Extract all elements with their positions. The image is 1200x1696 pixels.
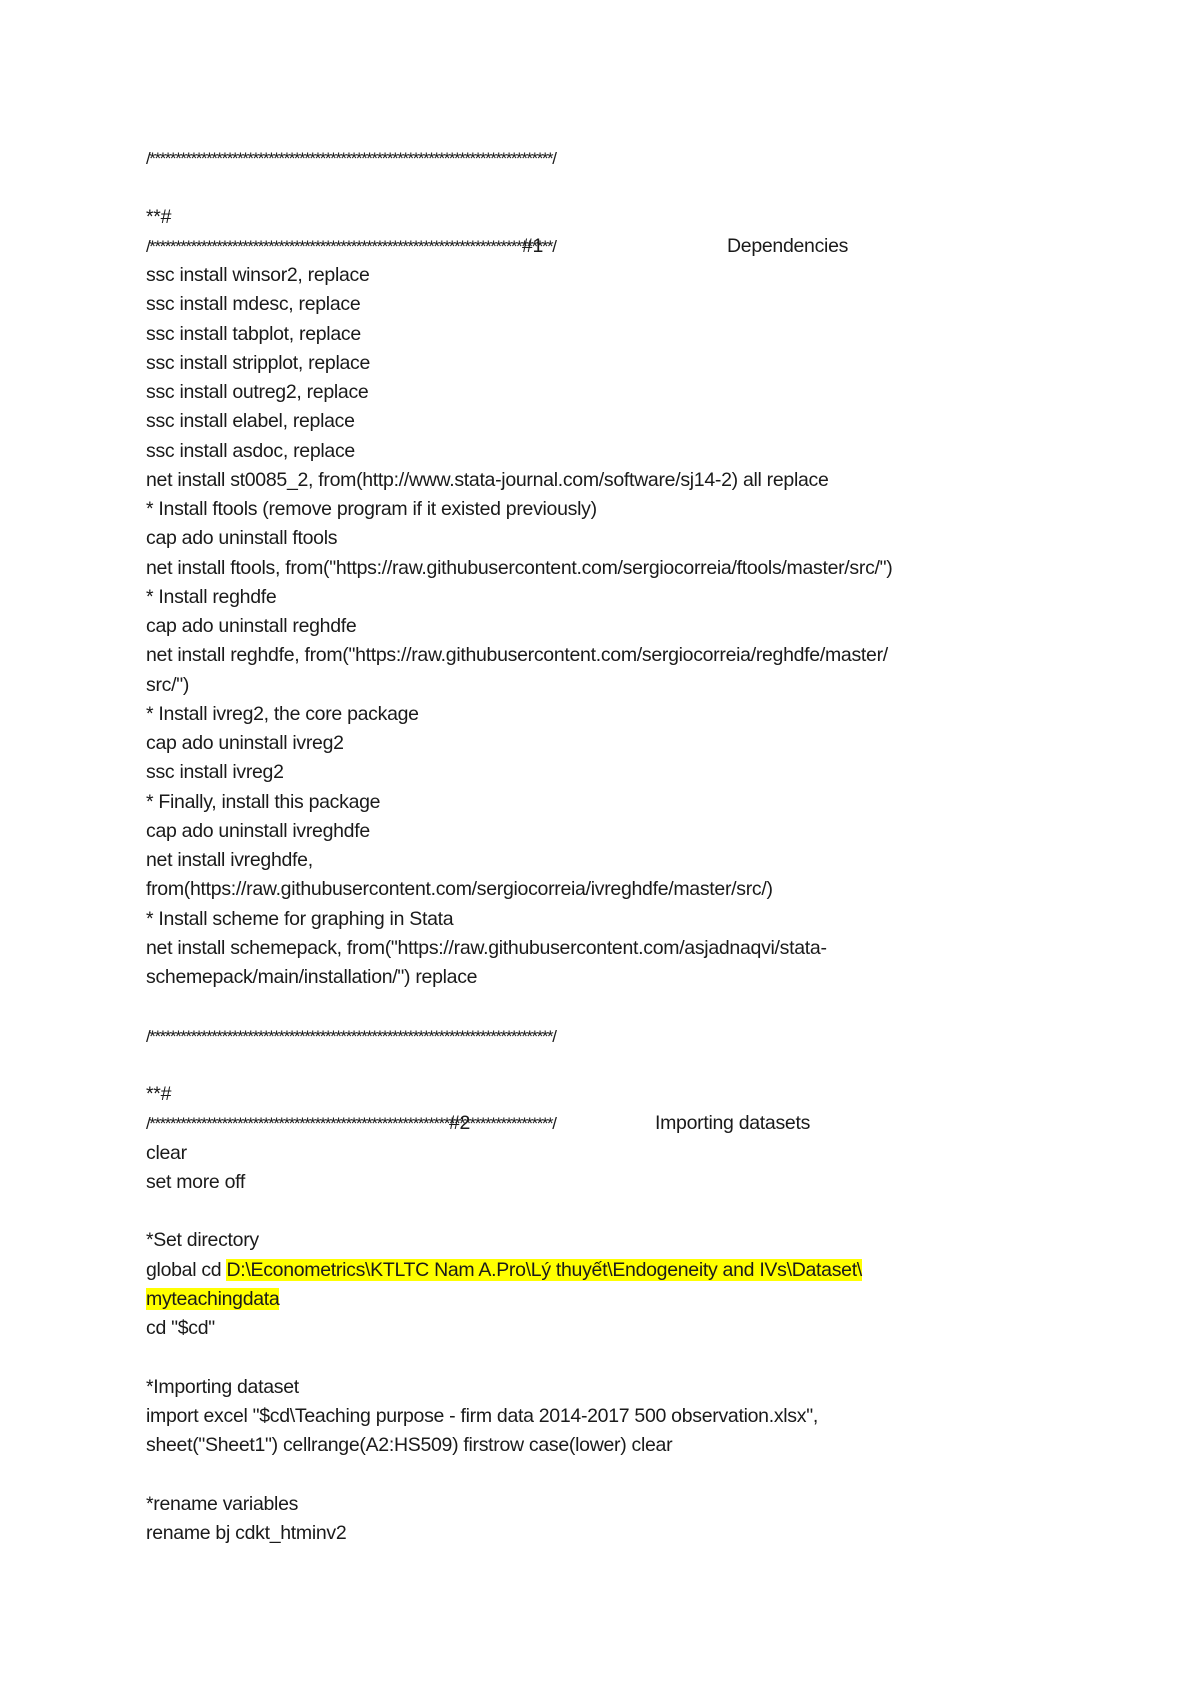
star-rule: /***************************************… xyxy=(146,1022,1046,1051)
code-line: * Install scheme for graphing in Stata xyxy=(146,905,1046,934)
code-line: net install schemepack, from("https://ra… xyxy=(146,934,1046,963)
code-line: net install ivreghdfe, xyxy=(146,846,1046,875)
code-line: net install ftools, from("https://raw.gi… xyxy=(146,554,1046,583)
code-line: ssc install winsor2, replace xyxy=(146,261,1046,290)
section-number-line: #2 xyxy=(146,1080,1046,1109)
section-2-code-before: clearset more off*Set directory xyxy=(146,1139,1046,1256)
star-rule: /***************************************… xyxy=(146,1109,1046,1138)
code-line: cap ado uninstall ftools xyxy=(146,524,1046,553)
code-line: import excel "$cd\Teaching purpose - fir… xyxy=(146,1402,1046,1431)
star-rule: /***************************************… xyxy=(146,232,1046,261)
code-line: rename bj cdkt_htminv2 xyxy=(146,1519,1046,1548)
code-line xyxy=(146,1460,1046,1489)
code-line: net install reghdfe, from("https://raw.g… xyxy=(146,641,1046,670)
code-line: ssc install ivreg2 xyxy=(146,758,1046,787)
code-line: * Install ivreg2, the core package xyxy=(146,700,1046,729)
code-line: cap ado uninstall ivreghdfe xyxy=(146,817,1046,846)
code-line: ssc install outreg2, replace xyxy=(146,378,1046,407)
code-line: * Finally, install this package xyxy=(146,788,1046,817)
code-line: schemepack/main/installation/") replace xyxy=(146,963,1046,992)
global-cd-line: global cd D:\Econometrics\KTLTC Nam A.Pr… xyxy=(146,1256,1046,1285)
document-page: /***************************************… xyxy=(0,0,1200,1696)
code-line: sheet("Sheet1") cellrange(A2:HS509) firs… xyxy=(146,1431,1046,1460)
code-line: * Install reghdfe xyxy=(146,583,1046,612)
code-line: * Install ftools (remove program if it e… xyxy=(146,495,1046,524)
code-line xyxy=(146,992,1046,1021)
code-line: cd "$cd" xyxy=(146,1314,1046,1343)
highlighted-path: myteachingdata xyxy=(146,1288,279,1310)
code-line: ssc install stripplot, replace xyxy=(146,349,1046,378)
code-line: *rename variables xyxy=(146,1490,1046,1519)
code-line: cap ado uninstall reghdfe xyxy=(146,612,1046,641)
code-line xyxy=(146,1197,1046,1226)
section-header-1: **# Dependencies xyxy=(146,173,1046,202)
star-rule: /***************************************… xyxy=(146,144,1046,173)
code-line: *Importing dataset xyxy=(146,1373,1046,1402)
code-line: ssc install tabplot, replace xyxy=(146,320,1046,349)
code-line: net install st0085_2, from(http://www.st… xyxy=(146,466,1046,495)
section-1-code: ssc install winsor2, replacessc install … xyxy=(146,261,1046,1022)
code-line: ssc install asdoc, replace xyxy=(146,437,1046,466)
code-line xyxy=(146,1343,1046,1372)
code-line: cap ado uninstall ivreg2 xyxy=(146,729,1046,758)
section-header-2: **# Importing datasets xyxy=(146,1051,1046,1080)
stata-do-file-text: /***************************************… xyxy=(146,144,1046,1548)
code-line: ssc install elabel, replace xyxy=(146,407,1046,436)
code-line: clear xyxy=(146,1139,1046,1168)
global-cd-prefix: global cd xyxy=(146,1259,226,1281)
section-2-code-after: cd "$cd"*Importing datasetimport excel "… xyxy=(146,1314,1046,1548)
code-line: src/") xyxy=(146,671,1046,700)
code-line: from(https://raw.githubusercontent.com/s… xyxy=(146,875,1046,904)
code-line: set more off xyxy=(146,1168,1046,1197)
section-number-line: #1 xyxy=(146,203,1046,232)
global-cd-line-cont: myteachingdata xyxy=(146,1285,1046,1314)
code-line: ssc install mdesc, replace xyxy=(146,290,1046,319)
highlighted-path: D:\Econometrics\KTLTC Nam A.Pro\Lý thuyế… xyxy=(226,1259,861,1281)
code-line: *Set directory xyxy=(146,1226,1046,1255)
